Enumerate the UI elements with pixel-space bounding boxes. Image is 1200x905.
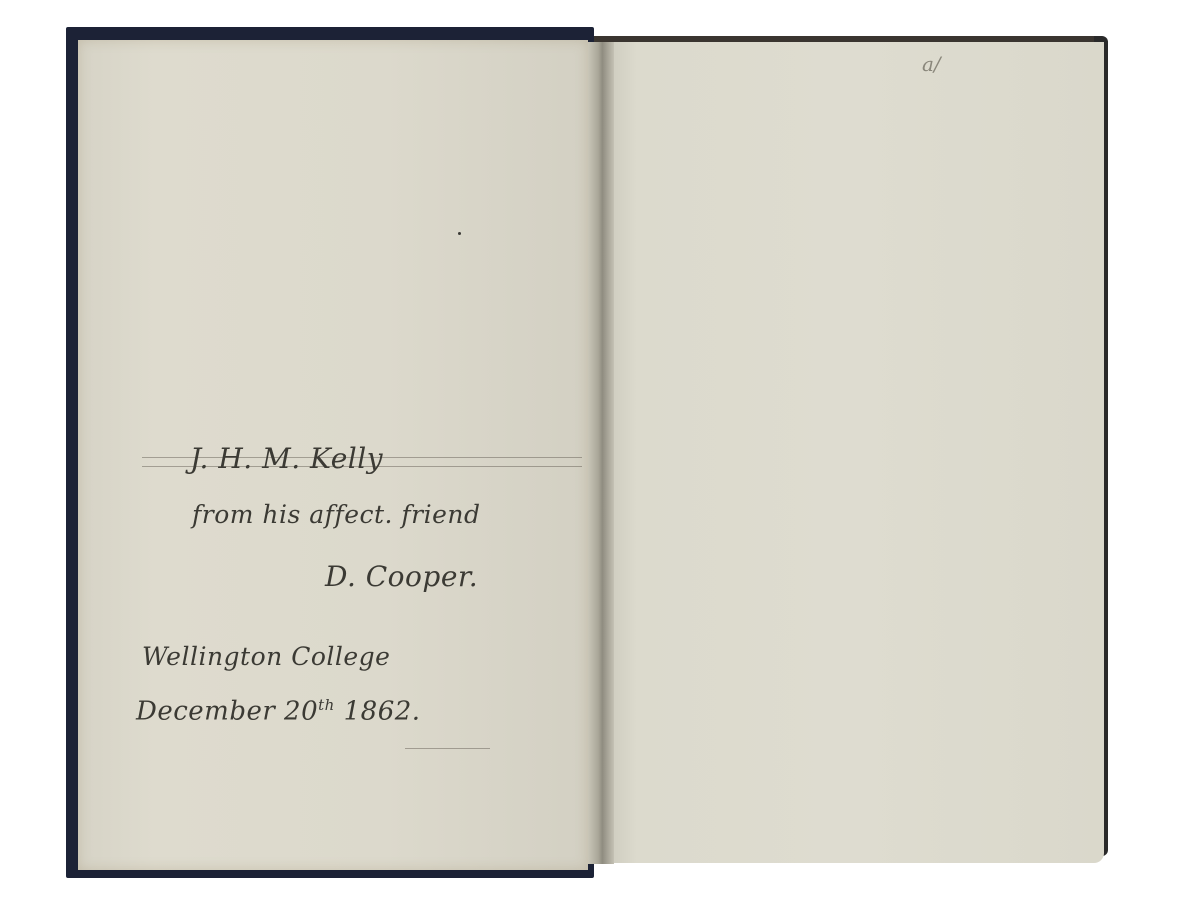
inscription-place: Wellington College	[142, 642, 390, 671]
inscription-signature: D. Cooper.	[325, 560, 478, 593]
pencil-corner-mark: a/	[922, 52, 941, 76]
paper-speck	[458, 232, 461, 235]
date-suffix: th	[318, 696, 335, 714]
inscription-from-line: from his affect. friend	[192, 500, 481, 529]
inscription-date: December 20th 1862.	[136, 696, 421, 727]
date-day: December 20	[136, 697, 318, 727]
book-gutter	[588, 42, 614, 864]
date-year: 1862.	[344, 697, 421, 727]
inscription-recipient: J. H. M. Kelly	[190, 442, 383, 475]
pencil-rule-short	[405, 748, 490, 749]
right-flyleaf	[596, 42, 1104, 863]
